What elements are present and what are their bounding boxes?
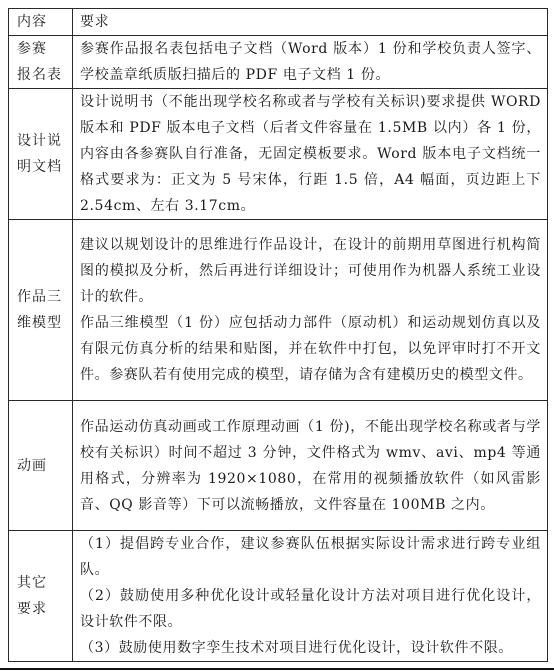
- row-paragraph: 作品运动仿真动画或工作原理动画（1 份)，不能出现学校名称或者与学校有关标识）时…: [80, 414, 541, 518]
- row-label-line: 其它: [17, 570, 70, 596]
- row-label-line: 明文档: [17, 154, 70, 180]
- row-paragraph: （3）鼓励使用数字孪生技术对项目进行优化设计，设计软件不限。: [80, 635, 541, 661]
- row-content: 设计说明书（不能出现学校名称或者与学校有关标识)要求提供 WORD 版本和 PD…: [73, 89, 548, 220]
- row-label-line: 作品三: [17, 284, 70, 310]
- row-paragraph: 参赛作品报名表包括电子文档（Word 版本）1 份和学校负责人签字、学校盖章纸质…: [80, 36, 541, 88]
- requirements-table: 内容 要求 参赛 报名表 参赛作品报名表包括电子文档（Word 版本）1 份和学…: [8, 8, 548, 662]
- table-row-3d-model: 作品三 维模型 建议以规划设计的思维进行作品设计，在设计的前期用草图进行机构简图…: [9, 220, 548, 401]
- row-label-line: 维模型: [17, 310, 70, 336]
- table-row-design-document: 设计说 明文档 设计说明书（不能出现学校名称或者与学校有关标识)要求提供 WOR…: [9, 89, 548, 220]
- row-paragraph: 建议以规划设计的思维进行作品设计，在设计的前期用草图进行机构简图的模拟及分析，然…: [80, 232, 541, 310]
- row-label-line: 参赛: [17, 36, 70, 62]
- row-paragraph: 作品三维模型（1 份）应包括动力部件（原动机）和运动规划仿真以及有限元仿真分析的…: [80, 310, 541, 388]
- row-content: （1）提倡跨专业合作，建议参赛队伍根据实际设计需求进行跨专业组队。 （2）鼓励使…: [73, 531, 548, 662]
- table-row-other-requirements: 其它 要求 （1）提倡跨专业合作，建议参赛队伍根据实际设计需求进行跨专业组队。 …: [9, 531, 548, 662]
- row-label: 作品三 维模型: [9, 220, 73, 401]
- row-content: 参赛作品报名表包括电子文档（Word 版本）1 份和学校负责人签字、学校盖章纸质…: [73, 36, 548, 89]
- table-header-row: 内容 要求: [9, 9, 548, 36]
- row-content: 作品运动仿真动画或工作原理动画（1 份)，不能出现学校名称或者与学校有关标识）时…: [73, 401, 548, 531]
- row-paragraph: 设计说明书（不能出现学校名称或者与学校有关标识)要求提供 WORD 版本和 PD…: [80, 89, 541, 219]
- row-content: 建议以规划设计的思维进行作品设计，在设计的前期用草图进行机构简图的模拟及分析，然…: [73, 220, 548, 401]
- row-label: 设计说 明文档: [9, 89, 73, 220]
- row-label-line: 动画: [17, 453, 70, 479]
- header-content-label: 内容: [9, 9, 73, 36]
- row-paragraph: （1）提倡跨专业合作，建议参赛队伍根据实际设计需求进行跨专业组队。: [80, 531, 541, 583]
- header-requirement-label: 要求: [73, 9, 548, 36]
- table-row-registration-form: 参赛 报名表 参赛作品报名表包括电子文档（Word 版本）1 份和学校负责人签字…: [9, 36, 548, 89]
- row-paragraph: （2）鼓励使用多种优化设计或轻量化设计方法对项目进行优化设计，设计软件不限。: [80, 583, 541, 635]
- row-label: 动画: [9, 401, 73, 531]
- row-label-line: 设计说: [17, 128, 70, 154]
- row-label-line: 报名表: [17, 62, 70, 88]
- row-label: 其它 要求: [9, 531, 73, 662]
- table-row-animation: 动画 作品运动仿真动画或工作原理动画（1 份)，不能出现学校名称或者与学校有关标…: [9, 401, 548, 531]
- row-label-line: 要求: [17, 596, 70, 622]
- bottom-divider: [0, 668, 554, 670]
- row-label: 参赛 报名表: [9, 36, 73, 89]
